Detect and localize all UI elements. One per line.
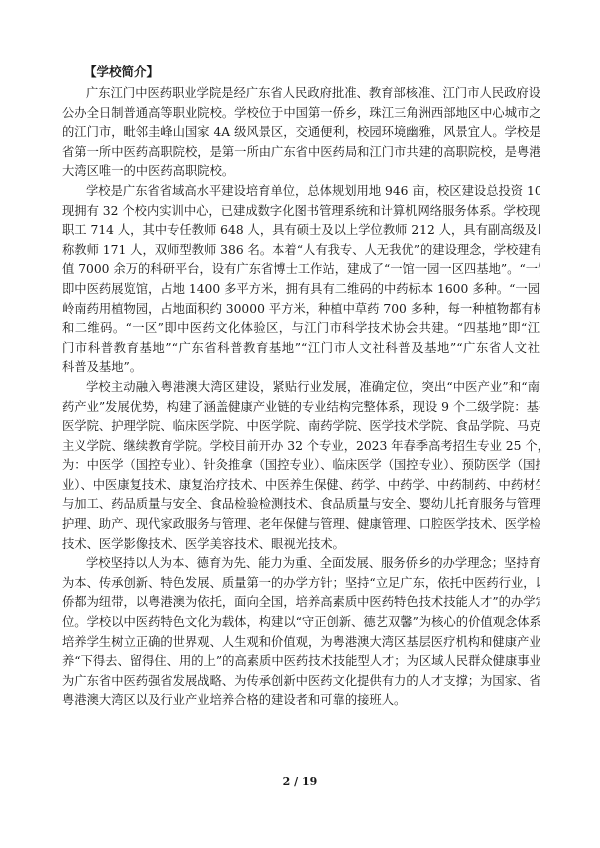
section-heading: 【学校简介】 (84, 62, 540, 84)
text-line: 省第一所中医药高职院校，是第一所由广东省中医药局和江门市共建的高职院校，是粤港澳 (62, 143, 540, 163)
text-line: 和二维码。“一区”即中医药文化体验区，与江门市科学技术协会共建。“四基地”即“江 (62, 319, 540, 339)
text-line: 粤港澳大湾区以及行业产业培养合格的建设者和可靠的接班人。 (62, 691, 540, 711)
text-line: 值 7000 余万的科研平台，设有广东省博士工作站，建成了“一馆一园一区四基地”… (62, 260, 540, 280)
paragraph-intro: 广东江门中医药职业学院是经广东省人民政府批准、教育部核准、江门市人民政府设立的 … (62, 84, 540, 182)
text-line: 位。学校以中医药特色文化为载体，构建以“守正创新、德艺双馨”为核心的价值观念体系… (62, 613, 540, 633)
text-line: 为：中医学（国控专业）、针灸推拿（国控专业）、临床医学（国控专业）、预防医学（国… (62, 456, 540, 476)
page-number: 2 / 19 (0, 775, 600, 788)
text-line: 科普及基地”。 (62, 358, 540, 378)
text-line: 岭南药用植物园，占地面积约 30000 平方米，种植中草药 700 多种，每一种… (62, 300, 540, 320)
text-line: 称教师 171 人，双师型教师 386 名。本着“人有我专、人无我优”的建设理念… (62, 241, 540, 261)
text-line: 药产业”发展优势，构建了涵盖健康产业链的专业结构完整体系，现设 9 个二级学院：… (62, 398, 540, 418)
paragraph-philosophy: 学校坚持以人为本、德育为先、能力为重、全面发展、服务侨乡的办学理念；坚持育人 为… (62, 554, 540, 711)
text-line: 为本、传承创新、特色发展、质量第一的办学方针；坚持“立足广东，依托中医药行业，以 (62, 574, 540, 594)
text-line: 学校是广东省省域高水平建设培育单位，总体规划用地 946 亩，校区建设总投资 1… (62, 182, 540, 202)
text-line: 职工 714 人，其中专任教师 648 人，具有硕士及以上学位教师 212 人，… (62, 221, 540, 241)
text-line: 主义学院、继续教育学院。学校目前开办 32 个专业，2023 年春季高考招生专业… (62, 437, 540, 457)
text-line: 养“下得去、留得住、用的上”的高素质中医药技术技能型人才；为区域人民群众健康事业… (62, 652, 540, 672)
paragraph-facilities: 学校是广东省省域高水平建设培育单位，总体规划用地 946 亩，校区建设总投资 1… (62, 182, 540, 378)
text-line: 与加工、药品质量与安全、食品检验检测技术、食品质量与安全、婴幼儿托育服务与管理、 (62, 495, 540, 515)
text-line: 培养学生树立正确的世界观、人生观和价值观，为粤港澳大湾区基层医疗机构和健康产业培 (62, 633, 540, 653)
text-line: 业）、中医康复技术、康复治疗技术、中医养生保健、药学、中药学、中药制药、中药材生… (62, 476, 540, 496)
paragraph-programs: 学校主动融入粤港澳大湾区建设，紧贴行业发展，准确定位，突出“中医产业”和“南 药… (62, 378, 540, 554)
text-line: 即中医药展览馆，占地 1400 多平方米，拥有具有二维码的中药标本 1600 多… (62, 280, 540, 300)
text-line: 学校坚持以人为本、德育为先、能力为重、全面发展、服务侨乡的办学理念；坚持育人 (62, 554, 540, 574)
text-line: 技术、医学影像技术、医学美容技术、眼视光技术。 (62, 535, 540, 555)
text-line: 护理、助产、现代家政服务与管理、老年保健与管理、健康管理、口腔医学技术、医学检验 (62, 515, 540, 535)
text-line: 的江门市，毗邻圭峰山国家 4A 级风景区，交通便利，校园环境幽雅，风景宜人。学校… (62, 123, 540, 143)
text-line: 公办全日制普通高等职业院校。学校位于中国第一侨乡，珠江三角洲西部地区中心城市之一 (62, 104, 540, 124)
document-page: 【学校简介】 广东江门中医药职业学院是经广东省人民政府批准、教育部核准、江门市人… (62, 62, 540, 711)
text-line: 医学院、护理学院、临床医学院、中医学院、南药学院、医学技术学院、食品学院、马克思 (62, 417, 540, 437)
text-line: 学校主动融入粤港澳大湾区建设，紧贴行业发展，准确定位，突出“中医产业”和“南 (62, 378, 540, 398)
text-line: 为广东省中医药强省发展战略、为传承创新中医药文化提供有力的人才支撑；为国家、省、 (62, 672, 540, 692)
text-line: 广东江门中医药职业学院是经广东省人民政府批准、教育部核准、江门市人民政府设立的 (62, 84, 540, 104)
text-line: 现拥有 32 个校内实训中心，已建成数字化图书管理系统和计算机网络服务体系。学校… (62, 202, 540, 222)
text-line: 侨都为纽带，以粤港澳为依托，面向全国，培养高素质中医药特色技术技能人才”的办学定 (62, 593, 540, 613)
text-line: 大湾区唯一的中医药高职院校。 (62, 162, 540, 182)
text-line: 门市科普教育基地”“广东省科普教育基地”“江门市人文社科普及基地”“广东省人文社 (62, 339, 540, 359)
